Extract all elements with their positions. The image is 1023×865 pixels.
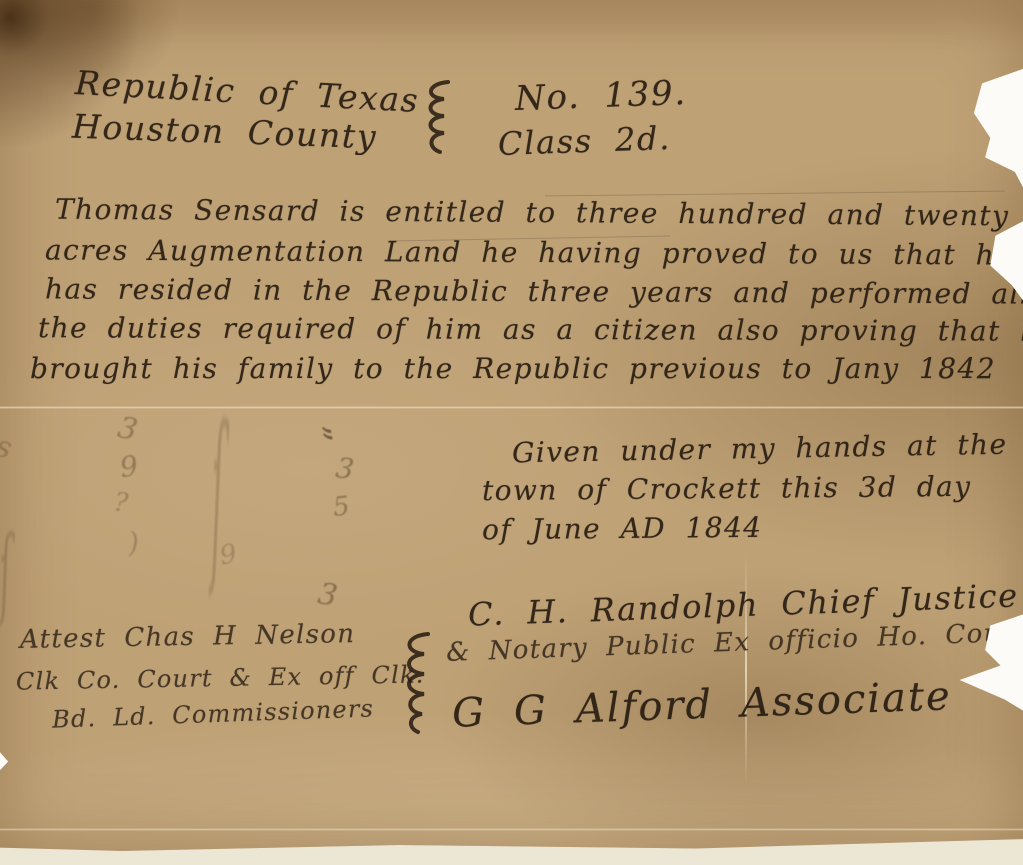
brace-squiggle-icon <box>396 630 438 736</box>
faint-ruled-line <box>545 191 1005 197</box>
certificate-number: No. 139. <box>514 73 687 119</box>
bleed-through-mark: s <box>0 429 15 467</box>
bleed-through-mark: 5 <box>331 491 351 523</box>
bleed-through-mark: 3 <box>315 577 340 615</box>
brace-squiggle-icon <box>418 78 458 158</box>
bleed-through-mark: 9 <box>118 449 140 484</box>
horizontal-fold-crease <box>0 406 1023 409</box>
bleed-through-mark: „ <box>318 420 360 444</box>
bleed-through-mark: ? <box>112 487 129 518</box>
body-line-3: has resided in the Republic three years … <box>45 272 1023 310</box>
paper-sheet: Republic of Texas Houston County No. 139… <box>0 0 1023 851</box>
bleed-through-mark: 3 <box>334 451 356 486</box>
associate-signature: G G Alford Associate <box>451 673 952 736</box>
bleed-through-mark: ) <box>127 526 140 560</box>
bleed-through-mark: 3 <box>115 410 141 448</box>
commissioners-line: Bd. Ld. Commissioners <box>52 694 375 733</box>
dateline-line-2: town of Crockett this 3d day <box>482 470 972 507</box>
certificate-class: Class 2d. <box>497 119 671 163</box>
body-line-5: brought his family to the Republic previ… <box>30 352 996 385</box>
clerk-title-line: Clk Co. Court & Ex off Clk. <box>16 660 425 695</box>
body-line-4: the duties required of him as a citizen … <box>38 311 1023 348</box>
bleed-through-smudge: ſ <box>211 387 225 609</box>
body-line-2: acres Augmentation Land he having proved… <box>45 233 1013 271</box>
dateline-line-1: Given under my hands at the <box>512 428 1008 470</box>
attest-clerk-signature: Attest Chas H Nelson <box>20 619 356 655</box>
bleed-through-smudge: ſ <box>0 514 12 630</box>
body-line-1: Thomas Sensard is entitled to three hund… <box>55 193 1009 233</box>
horizontal-fold-crease-bottom <box>0 828 1023 831</box>
dateline-line-3: of June AD 1844 <box>482 511 763 546</box>
